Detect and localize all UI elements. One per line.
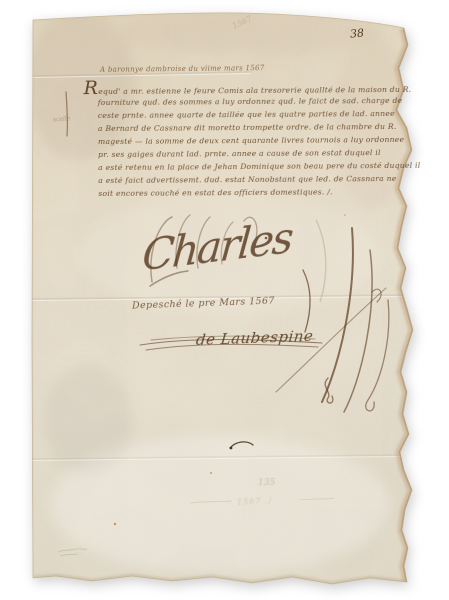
photo-of-manuscript: 38 1567 A baronnye dambroise du viime ma… bbox=[0, 0, 449, 600]
manuscript-artwork bbox=[0, 0, 449, 600]
